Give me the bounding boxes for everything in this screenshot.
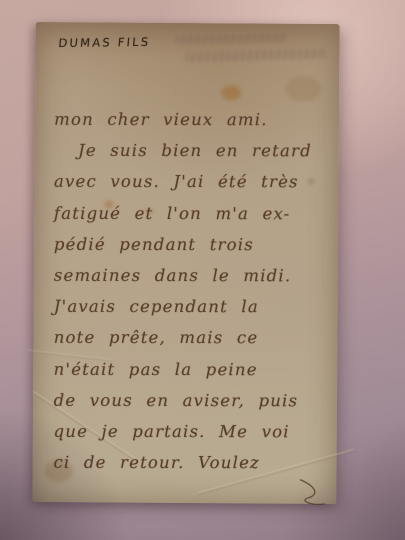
collector-annotation: DUMAS FILS bbox=[58, 35, 151, 50]
letter-line: ci de retour. Voulez bbox=[53, 447, 332, 479]
pencil-note-smudge bbox=[185, 49, 327, 63]
letter-line: semaines dans le midi. bbox=[54, 260, 333, 292]
foxing-spot bbox=[285, 76, 321, 102]
letter-line: Je suis bien en retard bbox=[54, 135, 333, 167]
letter-line: J'avais cependant la bbox=[54, 291, 333, 323]
letter-line: n'était pas la peine bbox=[54, 353, 333, 385]
pen-flourish bbox=[294, 476, 340, 512]
letter-line: de vous en aviser, puis bbox=[54, 384, 333, 416]
letter-line: fatigué et l'on m'a ex- bbox=[54, 197, 333, 229]
foxing-spot bbox=[221, 85, 241, 100]
pencil-note-smudge bbox=[175, 33, 287, 45]
letter-line: avec vous. J'ai été très bbox=[54, 166, 333, 198]
photo-backdrop: DUMAS FILS mon cher vieux ami. Je suis b… bbox=[0, 0, 405, 540]
letter-line: pédié pendant trois bbox=[54, 229, 333, 261]
letter-line: note prête, mais ce bbox=[54, 322, 333, 354]
letter-text: mon cher vieux ami. Je suis bien en reta… bbox=[53, 104, 333, 479]
letter-line: mon cher vieux ami. bbox=[54, 104, 333, 136]
letter-paper: DUMAS FILS mon cher vieux ami. Je suis b… bbox=[32, 22, 339, 504]
letter-line: que je partais. Me voi bbox=[54, 416, 333, 448]
